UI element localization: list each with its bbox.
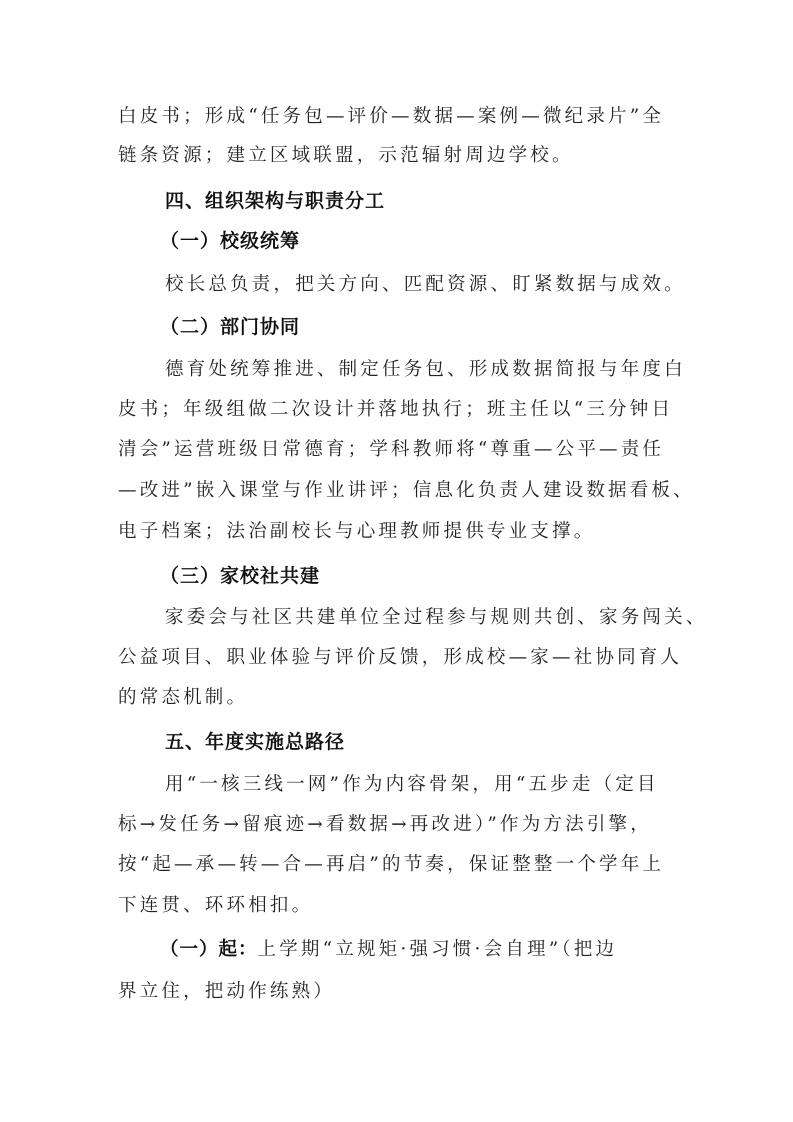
subsection-heading: （三）家校社共建 [160,561,320,588]
subsection-heading-qi: （一）起：上学期“立规矩·强习惯·会自理”（把边 [160,935,617,961]
paragraph-line: —改进”嵌入课堂与作业讲评；信息化负责人建设数据看板、 [118,476,695,502]
section-heading-4: 四、组织架构与职责分工 [165,186,385,213]
subsection-heading: （一）校级统筹 [160,226,300,253]
paragraph-line: 家委会与社区共建单位全过程参与规则共创、家务闯关、 [165,603,708,629]
paragraph-line: 清会”运营班级日常德育；学科教师将“尊重—公平—责任 [118,435,664,461]
paragraph-line: 用“一核三线一网”作为内容骨架，用“五步走（定目 [165,770,659,796]
paragraph-line: 德育处统筹推进、制定任务包、形成数据简报与年度白 [165,355,686,381]
paragraph-line: 皮书；年级组做二次设计并落地执行；班主任以“三分钟日 [118,395,673,421]
paragraph-line: 按“起—承—转—合—再启”的节奏，保证整整一个学年上 [118,850,664,876]
paragraph-line: 公益项目、职业体验与评价反馈，形成校—家—社协同育人 [118,643,682,669]
paragraph-line: 链条资源；建立区域联盟，示范辐射周边学校。 [118,141,574,167]
paragraph-line: 标→发任务→留痕迹→看数据→再改进）”作为方法引擎， [118,810,652,836]
subsection-heading: （二）部门协同 [160,312,300,339]
document-page: 白皮书；形成“任务包—评价—数据—案例—微纪录片”全 链条资源；建立区域联盟，示… [0,0,793,1122]
paragraph-line: 白皮书；形成“任务包—评价—数据—案例—微纪录片”全 [118,102,664,128]
paragraph-line: 的常态机制。 [118,683,248,709]
paragraph-line: 校长总负责，把关方向、匹配资源、盯紧数据与成效。 [165,270,686,296]
section-heading-5: 五、年度实施总路径 [165,727,345,754]
paragraph-line: 下连贯、环环相扣。 [118,891,313,917]
paragraph-line: 界立住，把动作练熟） [118,977,335,1003]
paragraph-line: 电子档案；法治副校长与心理教师提供专业支撑。 [118,517,595,543]
subsection-heading-text: 上学期“立规矩·强习惯·会自理”（把边 [258,939,618,960]
subsection-heading-bold: （一）起： [160,939,258,960]
